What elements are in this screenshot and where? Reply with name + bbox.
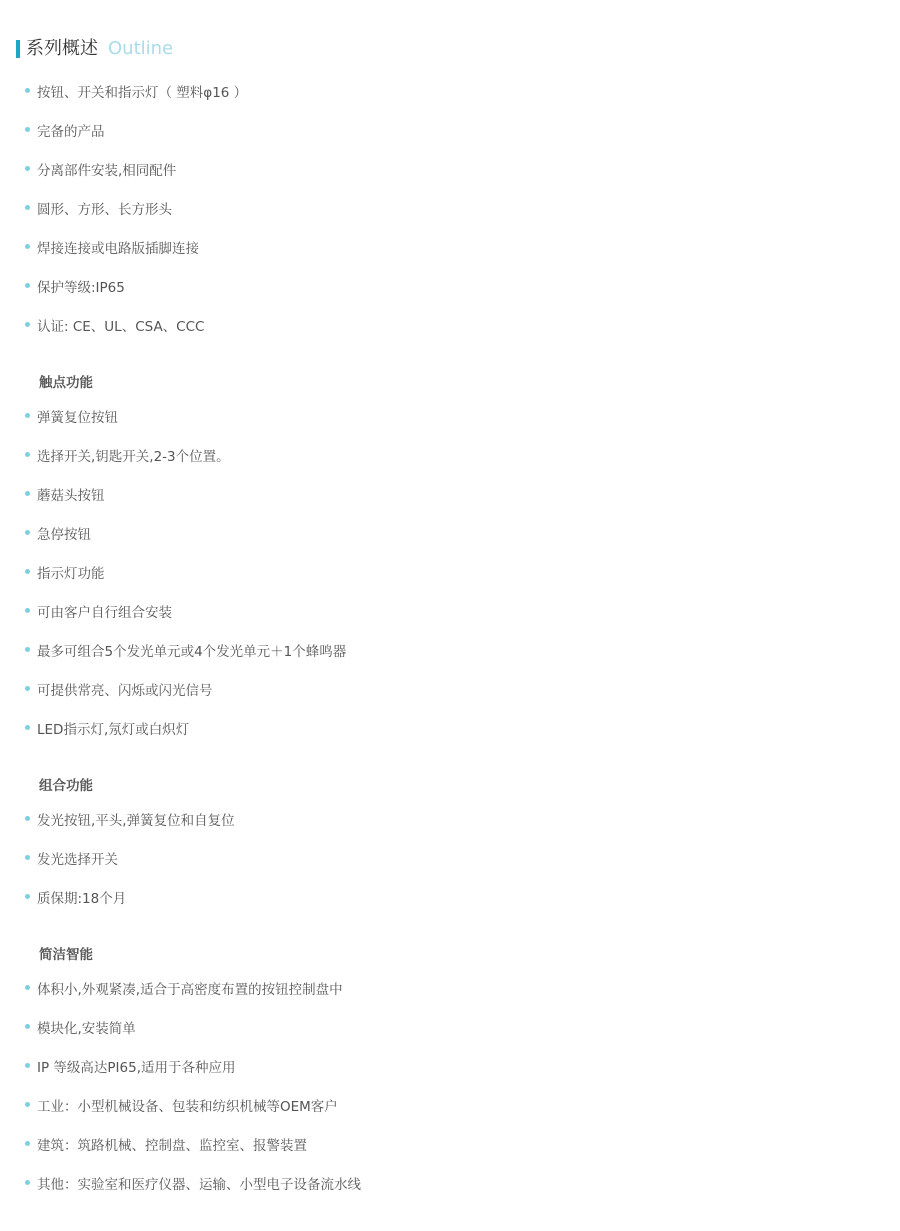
- bullet-icon: [25, 725, 30, 730]
- outline-content: 按钮、开关和指示灯（ 塑料φ16 ） 完备的产品 分离部件安装,相同配件 圆形、…: [0, 71, 900, 1202]
- list-item: 保护等级:IP65: [0, 266, 900, 305]
- bullet-icon: [25, 1024, 30, 1029]
- list-item: 可由客户自行组合安装: [0, 591, 900, 630]
- group-title-simple-intelligent: 简洁智能: [0, 916, 900, 968]
- accent-bar: [16, 40, 20, 58]
- list-item: 建筑：筑路机械、控制盘、监控室、报警装置: [0, 1124, 900, 1163]
- list-item: 模块化,安装简单: [0, 1007, 900, 1046]
- list-item: 急停按钮: [0, 513, 900, 552]
- section-header: 系列概述 Outline: [16, 38, 173, 60]
- bullet-icon: [25, 1141, 30, 1146]
- list-item: 按钮、开关和指示灯（ 塑料φ16 ）: [0, 71, 900, 110]
- list-item: 弹簧复位按钮: [0, 396, 900, 435]
- list-item: LED指示灯,氖灯或白炽灯: [0, 708, 900, 747]
- group-title-contact-functions: 触点功能: [0, 344, 900, 396]
- list-item: 焊接连接或电路版插脚连接: [0, 227, 900, 266]
- bullet-icon: [25, 283, 30, 288]
- bullet-icon: [25, 413, 30, 418]
- bullet-icon: [25, 127, 30, 132]
- bullet-icon: [25, 608, 30, 613]
- bullet-icon: [25, 985, 30, 990]
- bullet-icon: [25, 244, 30, 249]
- list-item: 分离部件安装,相同配件: [0, 149, 900, 188]
- bullet-icon: [25, 322, 30, 327]
- list-item: 其他：实验室和医疗仪器、运输、小型电子设备流水线: [0, 1163, 900, 1202]
- list-item: 工业：小型机械设备、包装和纺织机械等OEM客户: [0, 1085, 900, 1124]
- section-subtitle: Outline: [108, 38, 173, 60]
- bullet-icon: [25, 647, 30, 652]
- list-item: IP 等级高达PI65,适用于各种应用: [0, 1046, 900, 1085]
- bullet-icon: [25, 491, 30, 496]
- bullet-icon: [25, 816, 30, 821]
- list-item: 最多可组合5个发光单元或4个发光单元＋1个蜂鸣器: [0, 630, 900, 669]
- list-item: 可提供常亮、闪烁或闪光信号: [0, 669, 900, 708]
- group-title-combination-functions: 组合功能: [0, 747, 900, 799]
- list-item: 完备的产品: [0, 110, 900, 149]
- list-item: 发光按钮,平头,弹簧复位和自复位: [0, 799, 900, 838]
- bullet-icon: [25, 894, 30, 899]
- bullet-icon: [25, 530, 30, 535]
- bullet-icon: [25, 569, 30, 574]
- bullet-icon: [25, 88, 30, 93]
- bullet-icon: [25, 686, 30, 691]
- bullet-icon: [25, 452, 30, 457]
- list-item: 蘑菇头按钮: [0, 474, 900, 513]
- list-item: 指示灯功能: [0, 552, 900, 591]
- list-item: 选择开关,钥匙开关,2-3个位置。: [0, 435, 900, 474]
- bullet-icon: [25, 855, 30, 860]
- bullet-icon: [25, 1102, 30, 1107]
- bullet-icon: [25, 1180, 30, 1185]
- list-item: 发光选择开关: [0, 838, 900, 877]
- bullet-icon: [25, 166, 30, 171]
- list-item: 圆形、方形、长方形头: [0, 188, 900, 227]
- list-item: 认证: CE、UL、CSA、CCC: [0, 305, 900, 344]
- bullet-icon: [25, 1063, 30, 1068]
- section-title: 系列概述: [26, 38, 98, 60]
- list-item: 质保期:18个月: [0, 877, 900, 916]
- bullet-icon: [25, 205, 30, 210]
- list-item: 体积小,外观紧凑,适合于高密度布置的按钮控制盘中: [0, 968, 900, 1007]
